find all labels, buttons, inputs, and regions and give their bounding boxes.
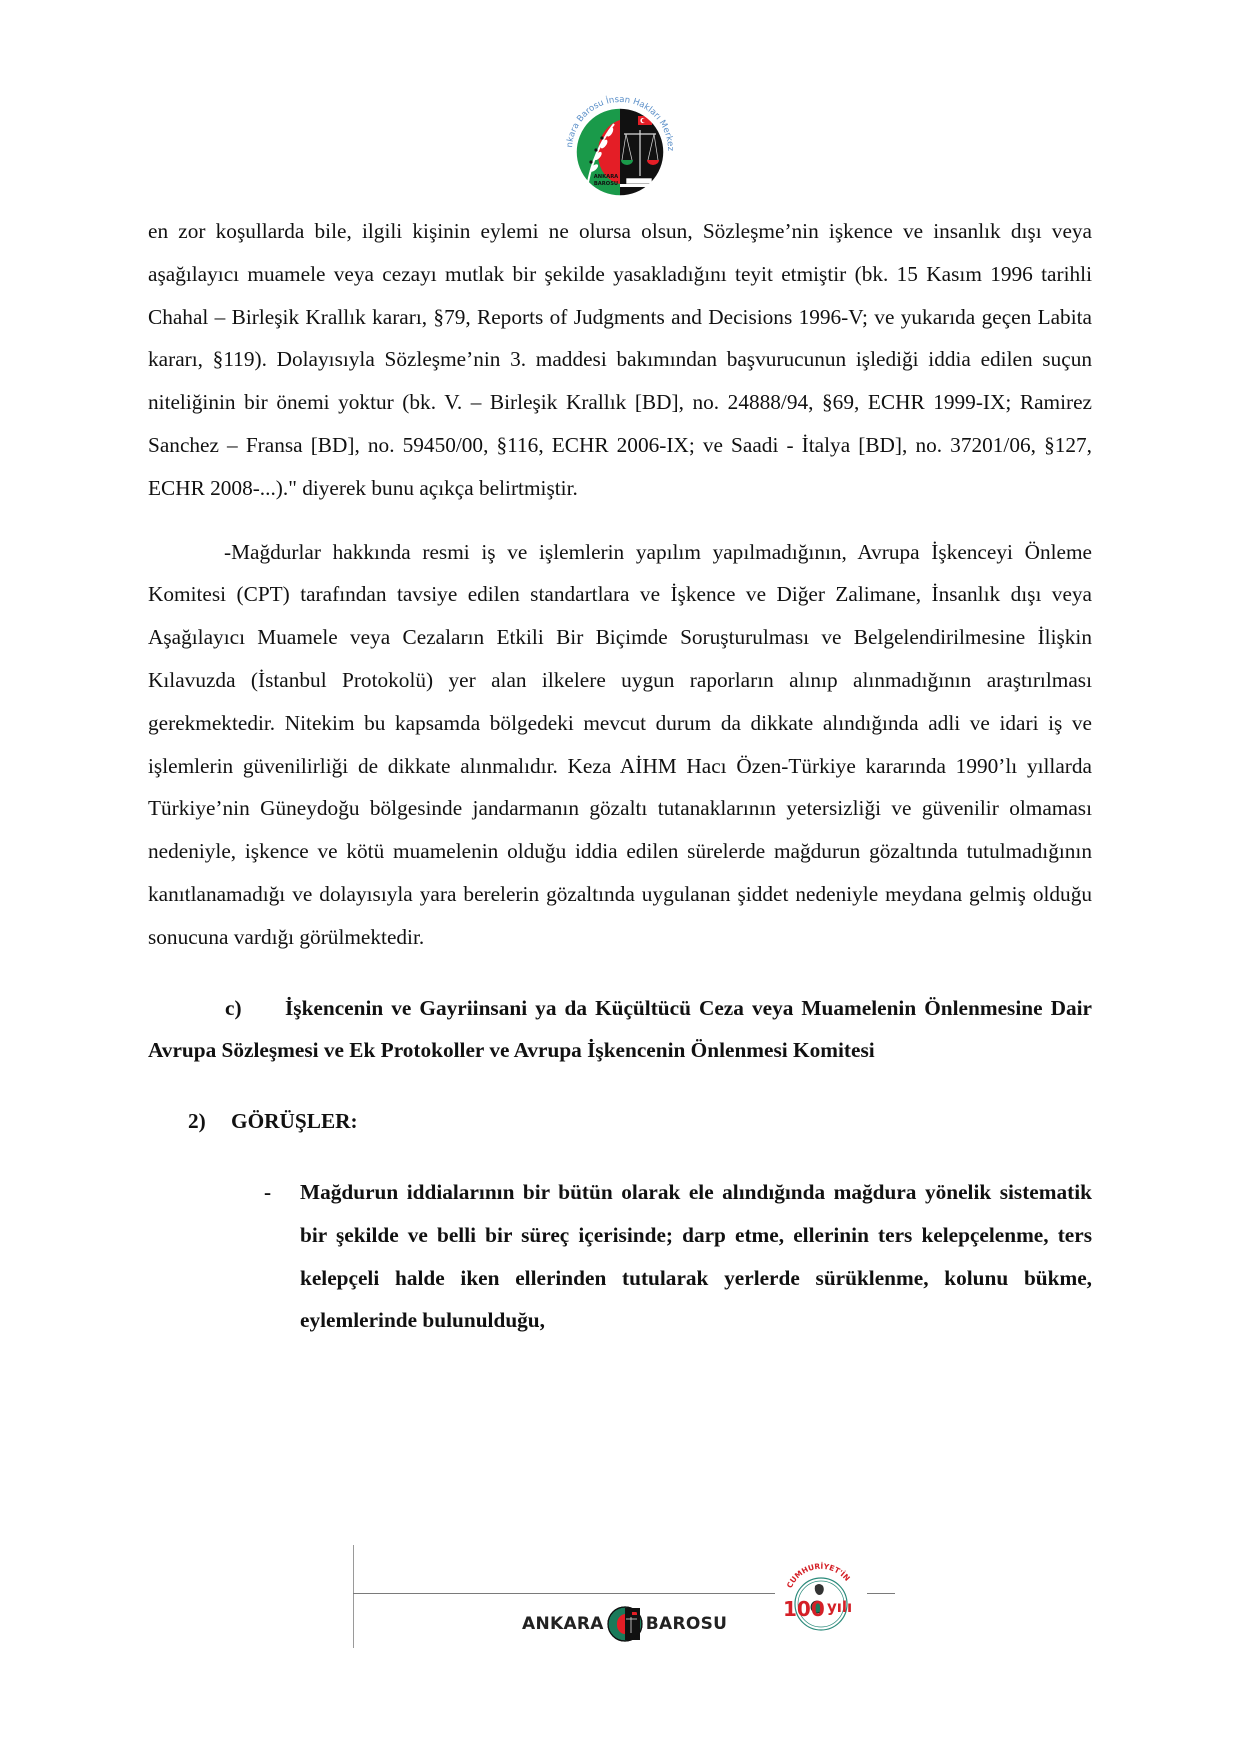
svg-text:100: 100: [783, 1597, 825, 1621]
bullet-dash: -: [264, 1171, 271, 1214]
footer-vertical-divider: [353, 1545, 354, 1648]
brand-right-text: BAROSU: [646, 1614, 728, 1634]
svg-text:CUMHURİYET'İN: CUMHURİYET'İN: [785, 1562, 852, 1590]
ankara-barosu-mini-logo-icon: [607, 1606, 643, 1642]
bullet-text: Mağdurun iddialarının bir bütün olarak e…: [300, 1180, 1092, 1332]
republic-centennial-logo: CUMHURİYET'İN 100 yılı: [775, 1560, 867, 1640]
paragraph-official-procedures: -Mağdurlar hakkında resmi iş ve işlemler…: [148, 531, 1092, 959]
section-2-number: 2): [188, 1100, 231, 1143]
section-2-title: GÖRÜŞLER:: [231, 1109, 358, 1133]
section-c-title: İşkencenin ve Gayriinsani ya da Küçültüc…: [148, 996, 1092, 1063]
centennial-emblem-icon: CUMHURİYET'İN 100 yılı: [775, 1560, 867, 1640]
document-body: en zor koşullarda bile, ilgili kişinin e…: [148, 210, 1092, 1342]
ankara-bar-human-rights-center-logo: Ankara Barosu İnsan Hakları Merkezi: [558, 84, 682, 208]
section-2-heading: 2)GÖRÜŞLER:: [148, 1100, 1092, 1143]
logo-emblem-icon: Ankara Barosu İnsan Hakları Merkezi: [558, 84, 682, 208]
ankara-barosu-footer-brand: ANKARA BAROSU: [522, 1606, 727, 1642]
section-c-number: c): [225, 987, 285, 1030]
svg-text:BAROSU: BAROSU: [594, 181, 618, 187]
svg-text:yılı: yılı: [827, 1598, 852, 1616]
paragraph-echr-citation: en zor koşullarda bile, ilgili kişinin e…: [148, 210, 1092, 510]
svg-text:ANKARA: ANKARA: [594, 174, 618, 180]
footer-horizontal-divider: [353, 1593, 895, 1594]
section-c-heading: c)İşkencenin ve Gayriinsani ya da Küçült…: [148, 987, 1092, 1073]
brand-left-text: ANKARA: [522, 1614, 604, 1634]
opinion-bullet-item: -Mağdurun iddialarının bir bütün olarak …: [148, 1171, 1092, 1342]
